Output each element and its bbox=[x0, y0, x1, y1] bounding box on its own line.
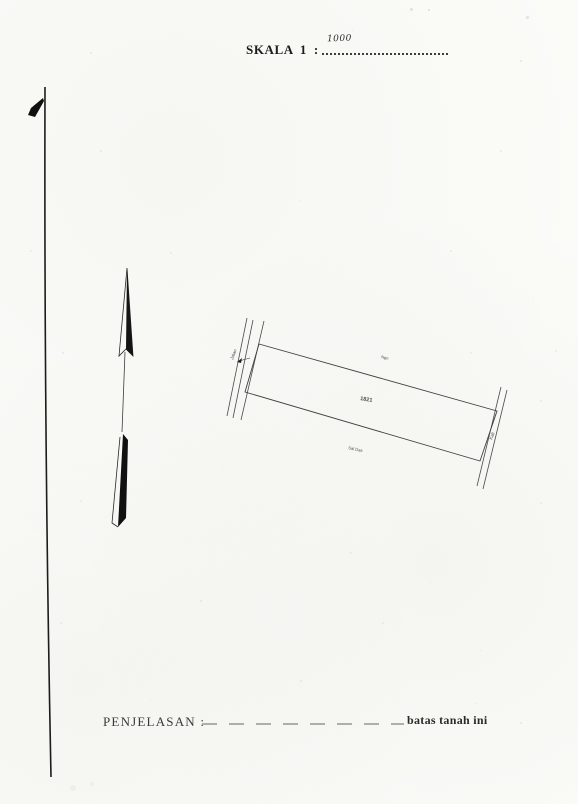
footer-row: PENJELASAN : batas tanah ini bbox=[0, 712, 578, 736]
footer-label: PENJELASAN : bbox=[103, 714, 205, 730]
left-margin-line bbox=[45, 87, 51, 777]
parcel-bottom-label: Sal Das bbox=[348, 445, 363, 453]
parcel-number: 1821 bbox=[360, 396, 373, 404]
right-road-line-outer bbox=[483, 390, 507, 489]
footer-dotted-line bbox=[202, 723, 404, 725]
north-arrow-icon bbox=[112, 268, 133, 527]
left-road-line-inner bbox=[233, 320, 253, 418]
right-road-label: Kali bbox=[488, 432, 495, 441]
footer-note: batas tanah ini bbox=[407, 713, 488, 728]
left-road-label: Jalan bbox=[229, 348, 238, 360]
parcel-sketch: Jalan Kali Ngn 1821 Sal Das bbox=[227, 318, 507, 489]
parcel-top-label: Ngn bbox=[381, 354, 389, 361]
sketch-canvas: Jalan Kali Ngn 1821 Sal Das bbox=[0, 0, 578, 804]
scanned-land-sketch-page: SKALA 1 : 1000 bbox=[0, 0, 578, 804]
left-road-edge-line bbox=[241, 321, 264, 420]
left-road-line-outer bbox=[227, 318, 247, 416]
corner-ink-mark bbox=[28, 98, 44, 117]
